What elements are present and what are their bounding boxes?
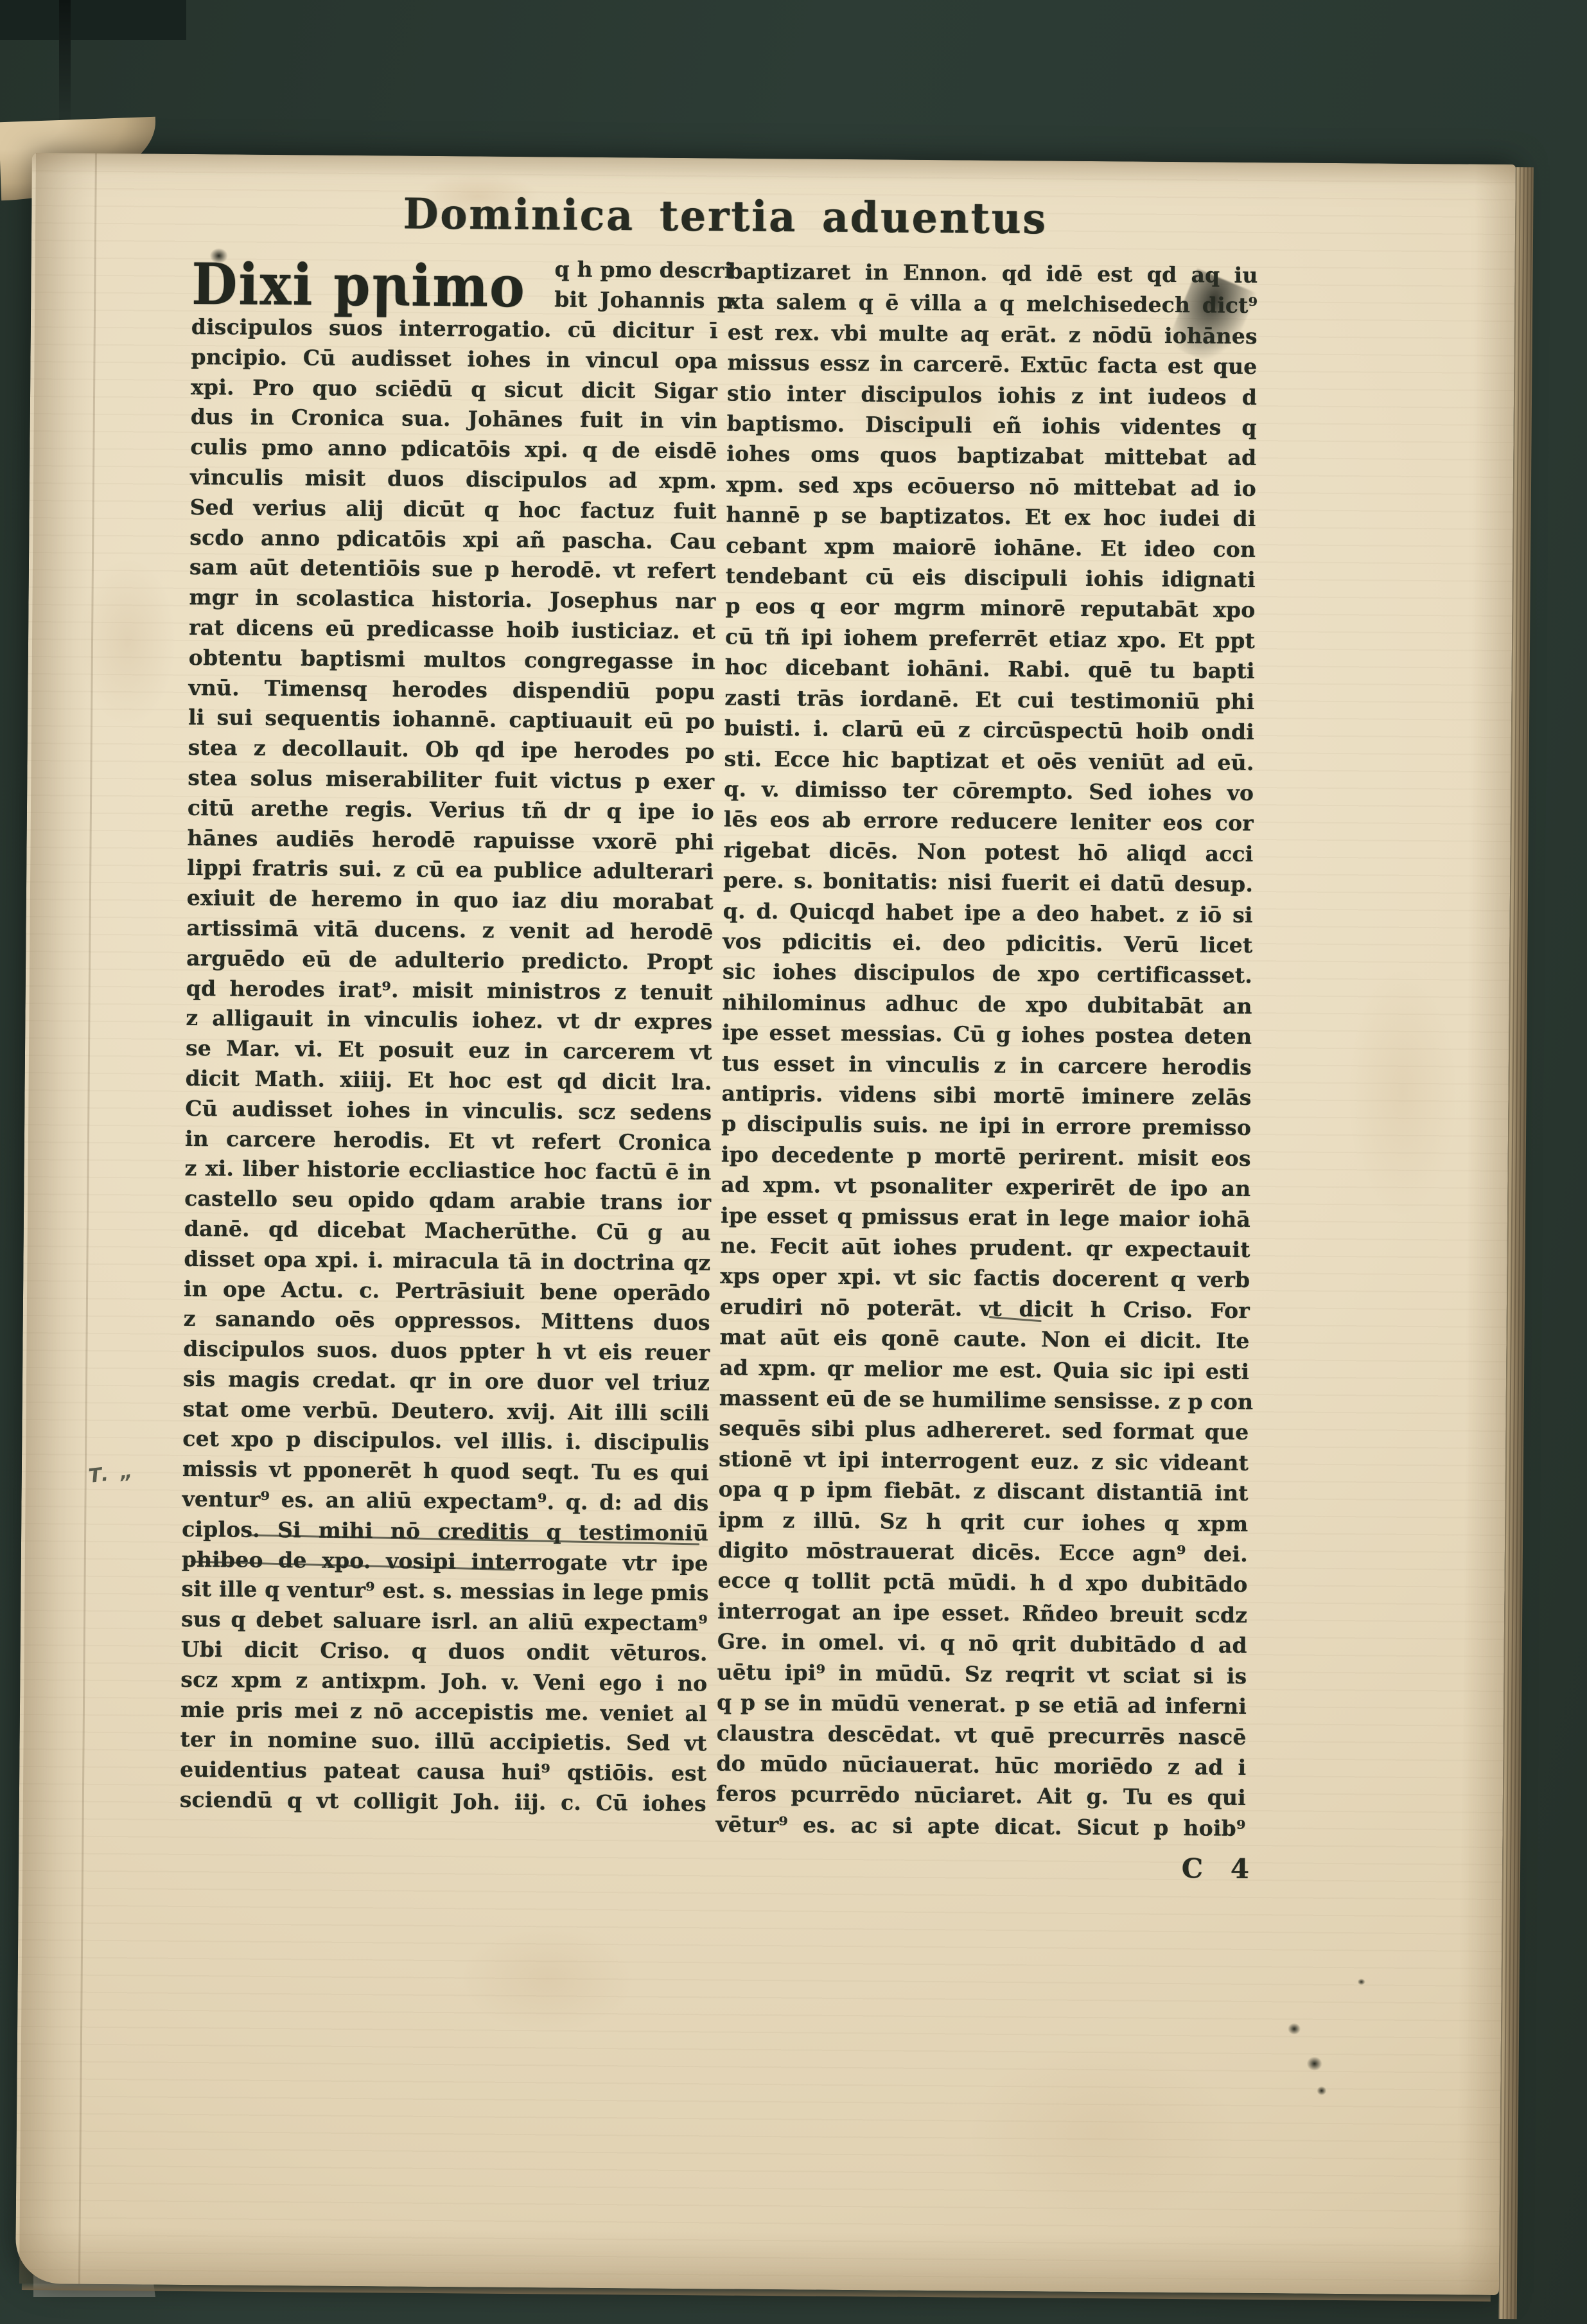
text-line: in carcere herodis. Et vt refert Cronica — [185, 1123, 712, 1158]
ink-spot — [1307, 2057, 1322, 2071]
text-line: ipe esset messias. Cū g iohes postea det… — [722, 1017, 1252, 1052]
text-line: ventur⁹ es. an aliū expectam⁹. q. d: ad … — [182, 1484, 708, 1519]
text-line: nihilominus adhuc de xpo dubitabāt an — [722, 987, 1252, 1021]
text-line: missus essz in carcerē. Extūc facta est … — [727, 348, 1257, 382]
ink-spot — [1288, 2023, 1301, 2034]
text-line: discipulos suos. duos ppter h vt eis reu… — [183, 1334, 710, 1368]
text-line: rat dicens eū predicasse hoib iusticiaz.… — [189, 613, 715, 647]
text-line: ad xpm. vt psonaliter experirēt de ipo a… — [721, 1170, 1250, 1204]
text-line: q. v. dimisso ter cōrempto. Sed iohes vo — [724, 773, 1254, 808]
text-line: stio inter discipulos iohis z int iudeos… — [727, 378, 1257, 412]
text-line: p discipulis suis. ne ipi in errore prem… — [721, 1109, 1251, 1143]
text-line: ipm z illū. Sz h qrit cur iohes q xpm — [718, 1504, 1248, 1539]
text-line: mat aūt eis qonē caute. Non ei dicit. It… — [719, 1322, 1249, 1357]
incipit-row: Dixi pꞃimo q h pmo describit Johannis p — [191, 252, 719, 316]
text-line: ipe esset q pmissus erat in lege maior i… — [721, 1200, 1250, 1235]
text-line: tus esset in vinculis z in carcere herod… — [722, 1048, 1252, 1082]
text-line: sti. Ecce hic baptizat et oēs veniūt ad … — [724, 743, 1254, 778]
text-line: sis magis credat. qr in ore duor vel tri… — [183, 1364, 710, 1398]
text-line: zasti trās iordanē. Et cui testimoniū ph… — [724, 682, 1254, 717]
foxing-stain — [460, 1923, 635, 2033]
text-line: in ope Actu. c. Pertrāsiuit bene operādo — [184, 1274, 710, 1308]
bottom-page-edge — [22, 2284, 1491, 2302]
text-line: vinculis misit duos discipulos ad xpm. — [190, 462, 717, 497]
handwritten-marginal-note: T. „ — [87, 1460, 136, 1488]
text-line: mgr in scolastica historia. Josephus nar — [189, 583, 715, 617]
text-line: artissimā vitā ducens. z venit ad herodē — [186, 913, 713, 947]
text-line: z xi. liber historie eccliastice hoc fac… — [184, 1154, 711, 1188]
text-line: Sed verius alij dicūt q hoc factuz fuit — [189, 493, 716, 527]
left-column-lines: discipulos suos interrogatio. cū dicitur… — [180, 312, 718, 1819]
text-line: claustra descēdat. vt quē precurrēs nasc… — [717, 1718, 1247, 1752]
text-line: sus q debet saluare isrl. an aliū expect… — [181, 1605, 708, 1639]
text-line: dicit Math. xiiij. Et hoc est qd dicit l… — [186, 1064, 712, 1098]
right-column-lines: baptizaret in Ennon. qd idē est qd aq iu… — [715, 256, 1258, 1844]
text-line: sequēs sibi plus adhereret. sed format q… — [719, 1413, 1249, 1448]
text-line: stat ome verbū. Deutero. xvij. Ait illi … — [182, 1395, 709, 1429]
text-line: dus in Cronica sua. Johānes fuit in vin — [191, 402, 717, 436]
text-line: lēs eos ab errore reducere leniter eos c… — [724, 804, 1254, 839]
text-line: antipris. videns sibi mortē iminere zelā… — [721, 1078, 1251, 1113]
text-line: interrogat an ipe esset. Rñdeo breuit sc… — [717, 1596, 1247, 1630]
text-line: ad xpm. qr melior me est. Quia sic ipi e… — [719, 1352, 1249, 1387]
text-line: tendebant cū eis discipuli iohis idignat… — [726, 561, 1256, 595]
text-line: cebant xpm maiorē iohāne. Et ideo con — [726, 530, 1256, 565]
text-line: bit Johannis p — [554, 285, 732, 316]
book-page: T. „ Dominica tertia aduentus Dixi pꞃimo… — [15, 153, 1516, 2295]
text-line: castello seu opido qdam arabie trans ior — [184, 1184, 711, 1218]
text-line: arguēdo eū de adulterio predicto. Propt — [186, 944, 713, 978]
text-line: hānes audiēs herodē rapuisse vxorē phi — [187, 823, 714, 857]
text-line: erudiri nō poterāt. vt dicit h Criso. Fo… — [720, 1291, 1250, 1326]
foxing-stain — [967, 2043, 1238, 2224]
text-line: ciplos. Si mihi nō creditis q testimoniū — [182, 1515, 708, 1549]
text-line: sciendū q vt colligit Joh. iij. c. Cū io… — [180, 1785, 706, 1819]
text-line: sic iohes discipulos de xpo certificasse… — [723, 956, 1252, 991]
text-line: sit ille q ventur⁹ est. s. messias in le… — [181, 1574, 708, 1608]
text-line: uētu ipi⁹ in mūdū. Sz reqrit vt sciat si… — [717, 1657, 1247, 1691]
text-line: q h pmo descri — [554, 254, 732, 286]
text-line: iohes oms quos baptizabat mittebat ad — [726, 439, 1256, 473]
text-line: citū arethe regis. Verius tñ dr q ipe io — [188, 793, 714, 827]
text-line: danē. qd dicebat Macherūthe. Cū g au — [184, 1214, 711, 1248]
right-column: baptizaret in Ennon. qd idē est qd aq iu… — [715, 256, 1258, 1844]
text-line: rigebat dicēs. Non potest hō aliqd acci — [723, 834, 1253, 869]
scanned-book-photo: { "document": { "header_title": "Dominic… — [0, 0, 1587, 2324]
text-line: q p se in mūdū venerat. p se etiā ad inf… — [717, 1687, 1247, 1722]
text-line: disset opa xpi. i. miracula tā in doctri… — [184, 1244, 710, 1278]
foxing-stain — [1347, 966, 1458, 1217]
text-line: missis vt pponerēt h quod seqt. Tu es qu… — [182, 1454, 709, 1488]
text-line: cet xpo p discipulos. vel illis. i. disc… — [182, 1424, 709, 1458]
text-line: obtentu baptismi multos congregasse in — [189, 643, 715, 677]
text-block: Dixi pꞃimo q h pmo describit Johannis p … — [179, 252, 1258, 1844]
text-line: do mūdo nūciauerat. hūc moriēdo z ad i — [716, 1748, 1246, 1783]
text-line: baptizaret in Ennon. qd idē est qd aq iu — [728, 256, 1258, 291]
text-line: sam aūt detentiōis sue p herodē. vt refe… — [189, 552, 716, 586]
text-line: ipo decedente p mortē perirent. misit eo… — [721, 1139, 1251, 1174]
text-line: scdo anno pdicatōis xpi añ pascha. Cau — [189, 523, 716, 557]
book-cover-corner — [0, 0, 186, 40]
fore-edge-page-stack — [1499, 167, 1534, 2319]
text-line: xta salem q ē villa a q melchisedech dic… — [728, 286, 1258, 321]
text-line: p eos q eor mgrm minorē reputabāt xpo — [725, 591, 1255, 626]
text-line: stea z decollauit. Ob qd ipe herodes po — [188, 733, 715, 767]
text-line: z alligauit in vinculis iohez. vt dr exp… — [186, 1003, 712, 1037]
text-line: lippi fratris sui. z cū ea publice adult… — [187, 853, 714, 887]
text-line: xpm. sed xps ecōuerso nō mittebat ad io — [726, 469, 1256, 504]
text-line: vnū. Timensq herodes dispendiū popu — [188, 673, 715, 707]
text-line: hannē p se baptizatos. Et ex hoc iudei d… — [726, 500, 1256, 534]
text-line: ecce q tollit pctā mūdi. h d xpo dubitād… — [717, 1565, 1247, 1600]
text-line: ne. Fecit aūt iohes prudent. qr expectau… — [720, 1230, 1250, 1265]
text-line: hoc dicebant iohāni. Rabi. quē tu bapti — [725, 652, 1255, 687]
text-line: pncipio. Cū audisset iohes in vincul opa — [191, 342, 717, 376]
incipit-words: Dixi pꞃimo — [191, 252, 555, 320]
text-line: xps oper xpi. vt sic factis docerent q v… — [720, 1261, 1250, 1296]
text-line: qd herodes irat⁹. misit ministros z tenu… — [186, 973, 713, 1007]
text-line: Cū audisset iohes in vinculis. scz seden… — [185, 1094, 712, 1128]
text-line: Gre. in omel. vi. q nō qrit dubitādo d a… — [717, 1626, 1247, 1661]
text-line: q. d. Quicqd habet ipe a deo habet. z iō… — [723, 895, 1253, 930]
text-line: se Mar. vi. Et posuit euz in carcerem vt — [186, 1034, 712, 1068]
text-line: scz xpm z antixpm. Joh. v. Veni ego i no — [180, 1665, 707, 1699]
text-line: euidentius pateat causa hui⁹ qstiōis. es… — [180, 1755, 706, 1789]
text-line: Ubi dicit Criso. q duos ondit vēturos. — [181, 1635, 708, 1669]
text-line: culis pmo anno pdicatōis xpi. q de eisdē — [190, 432, 717, 466]
text-line: opa q p ipm fiebāt. z discant distantiā … — [719, 1474, 1249, 1509]
quire-signature: C 4 — [1149, 1854, 1258, 1884]
text-line: mie pris mei z nō accepistis me. veniet … — [180, 1695, 707, 1729]
text-line: vētur⁹ es. ac si apte dicat. Sicut p hoi… — [715, 1809, 1245, 1844]
ink-spot — [1358, 1978, 1365, 1985]
text-line: li sui sequentis iohannē. captiuauit eū … — [188, 703, 715, 737]
text-line: cū tñ ipi iohem preferrēt etiaz xpo. Et … — [725, 621, 1255, 656]
text-line: massent eū de se humilime sensisse. z p … — [719, 1382, 1249, 1417]
text-line: baptismo. Discipuli eñ iohis videntes q — [727, 409, 1257, 443]
text-line: feros pcurrēdo nūciaret. Ait g. Tu es qu… — [716, 1779, 1246, 1813]
text-line: phibeo de xpo. vosipi interrogate vtr ip… — [182, 1545, 708, 1579]
text-line: z sanando oēs oppressos. Mittens duos — [184, 1304, 710, 1338]
text-line: pere. s. bonitatis: nisi fuerit ei datū … — [723, 865, 1253, 900]
text-line: exiuit de heremo in quo iaz diu morabat — [187, 883, 714, 917]
text-line: stionē vt ipi interrogent euz. z sic vid… — [719, 1443, 1249, 1478]
text-line: est rex. vbi multe aq erāt. z nōdū iohān… — [728, 317, 1258, 351]
incipit-side-lines: q h pmo describit Johannis p — [554, 254, 733, 316]
ink-spot — [1317, 2086, 1326, 2095]
left-column: Dixi pꞃimo q h pmo describit Johannis p … — [179, 252, 718, 1839]
text-line: xpi. Pro quo sciēdū q sicut dicit Sigar — [191, 373, 717, 407]
text-line: vos pdicitis ei. deo pdicitis. Verū lice… — [723, 926, 1252, 960]
gutter-shadow — [19, 153, 98, 2284]
text-line: buisti. i. clarū eū z circūspectū hoib o… — [724, 713, 1254, 748]
text-line: stea solus miserabiliter fuit victus p e… — [188, 763, 714, 797]
text-line: ter in nomine suo. illū accipietis. Sed … — [180, 1725, 706, 1759]
running-title: Dominica tertia aduentus — [192, 186, 1259, 245]
text-line: digito mōstrauerat dicēs. Ecce agn⁹ dei. — [718, 1535, 1248, 1570]
